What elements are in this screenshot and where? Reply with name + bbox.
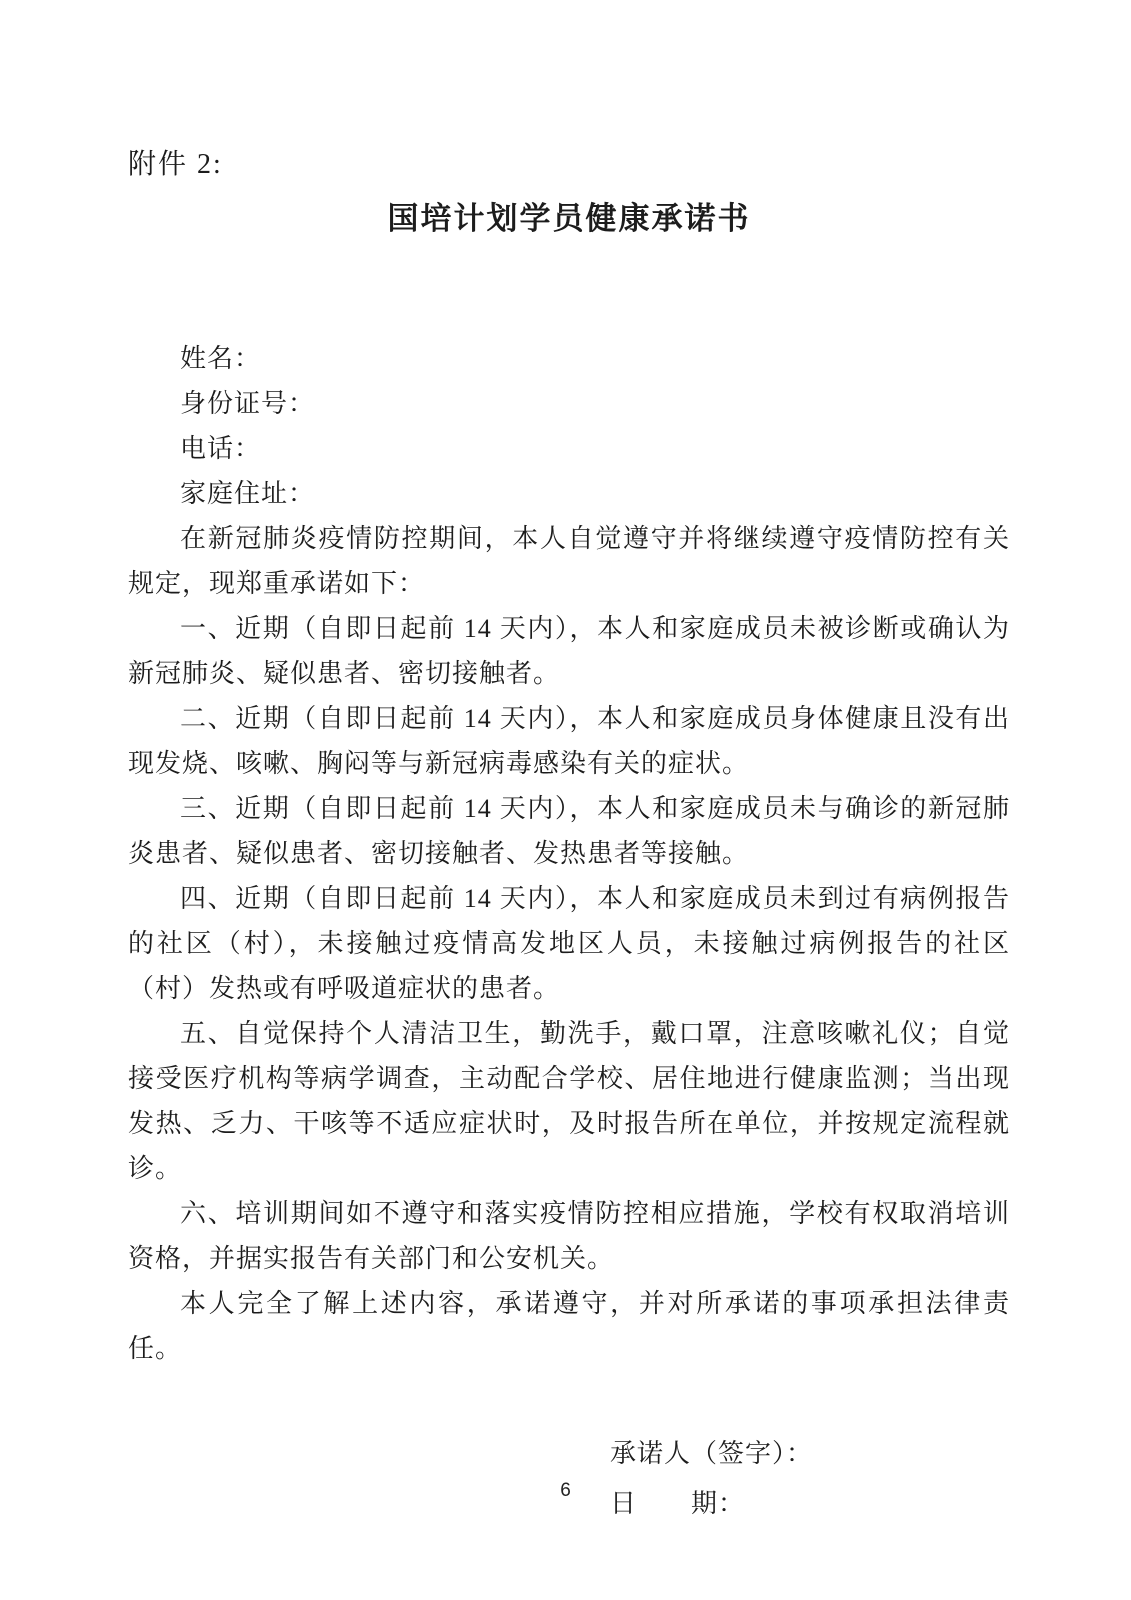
field-address: 家庭住址： (128, 471, 1010, 516)
intro-paragraph: 在新冠肺炎疫情防控期间，本人自觉遵守并将继续遵守疫情防控有关规定，现郑重承诺如下… (128, 516, 1010, 606)
commitment-item-1: 一、近期（自即日起前 14 天内），本人和家庭成员未被诊断或确认为新冠肺炎、疑似… (128, 606, 1010, 696)
commitment-item-2: 二、近期（自即日起前 14 天内），本人和家庭成员身体健康且没有出现发烧、咳嗽、… (128, 696, 1010, 786)
page-number: 6 (0, 1480, 1131, 1502)
commitment-item-6: 六、培训期间如不遵守和落实疫情防控相应措施，学校有权取消培训资格，并据实报告有关… (128, 1191, 1010, 1281)
field-phone: 电话： (128, 426, 1010, 471)
document-body: 姓名： 身份证号： 电话： 家庭住址： 在新冠肺炎疫情防控期间，本人自觉遵守并将… (128, 336, 1010, 1371)
signature-block: 承诺人（签字）： 日 期： (610, 1429, 1010, 1529)
field-id-number: 身份证号： (128, 381, 1010, 426)
document-page: 附件 2: 国培计划学员健康承诺书 姓名： 身份证号： 电话： 家庭住址： 在新… (0, 0, 1131, 1600)
signature-line: 承诺人（签字）： (610, 1429, 1010, 1479)
commitment-item-3: 三、近期（自即日起前 14 天内），本人和家庭成员未与确诊的新冠肺炎患者、疑似患… (128, 786, 1010, 876)
document-title: 国培计划学员健康承诺书 (128, 195, 1010, 243)
attachment-label: 附件 2: (128, 143, 1010, 187)
closing-paragraph: 本人完全了解上述内容，承诺遵守，并对所承诺的事项承担法律责任。 (128, 1281, 1010, 1371)
field-name: 姓名： (128, 336, 1010, 381)
commitment-item-5: 五、自觉保持个人清洁卫生，勤洗手，戴口罩，注意咳嗽礼仪；自觉接受医疗机构等病学调… (128, 1011, 1010, 1191)
commitment-item-4: 四、近期（自即日起前 14 天内），本人和家庭成员未到过有病例报告的社区（村），… (128, 876, 1010, 1011)
